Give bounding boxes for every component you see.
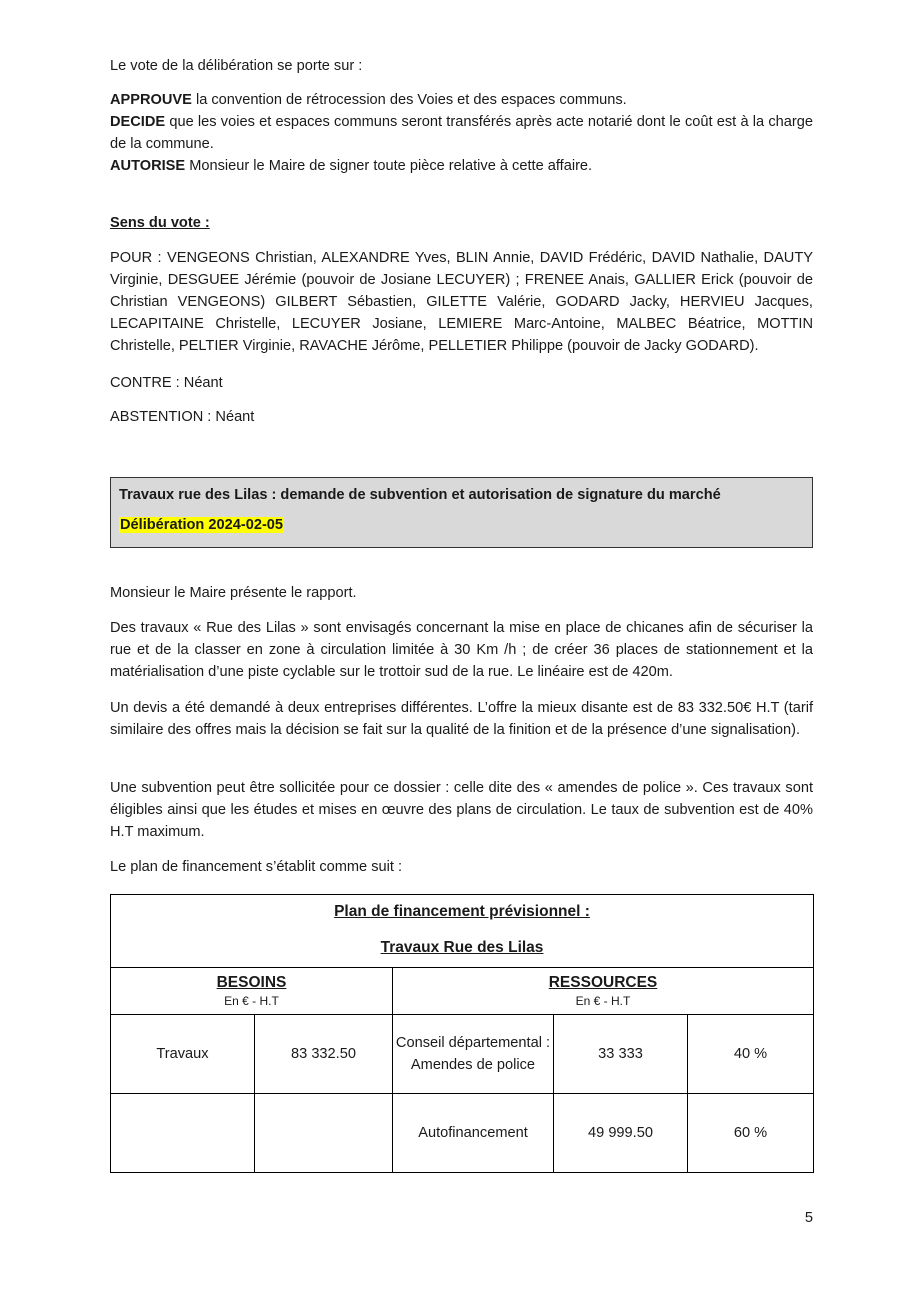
- financing-table: Plan de financement prévisionnel : Trava…: [110, 894, 814, 1173]
- section-title: Travaux rue des Lilas : demande de subve…: [119, 487, 721, 503]
- ressources-unit: En € - H.T: [393, 993, 813, 1009]
- vote-contre: CONTRE : Néant: [110, 372, 813, 394]
- ressource-label: Conseil départemental : Amendes de polic…: [393, 1015, 554, 1094]
- ressource-percent: 40 %: [688, 1015, 814, 1094]
- table-row: Autofinancement 49 999.50 60 %: [111, 1094, 814, 1173]
- table-row: Travaux 83 332.50 Conseil départemental …: [111, 1015, 814, 1094]
- paragraph-plan: Le plan de financement s’établit comme s…: [110, 856, 813, 878]
- ressource-amount: 49 999.50: [554, 1094, 688, 1173]
- table-subtitle: Travaux Rue des Lilas: [111, 937, 813, 959]
- table-title: Plan de financement prévisionnel :: [111, 901, 813, 923]
- decisions-block: APPROUVE la convention de rétrocession d…: [110, 89, 813, 177]
- vote-pour: POUR : VENGEONS Christian, ALEXANDRE Yve…: [110, 247, 813, 357]
- paragraph-subvention: Une subvention peut être sollicitée pour…: [110, 777, 813, 843]
- ressources-header: RESSOURCES: [393, 973, 813, 993]
- besoins-header-cell: BESOINS En € - H.T: [111, 968, 393, 1015]
- besoin-label: [111, 1094, 255, 1173]
- besoins-header: BESOINS: [111, 973, 392, 993]
- besoin-amount: [255, 1094, 393, 1173]
- besoin-amount: 83 332.50: [255, 1015, 393, 1094]
- paragraph-devis: Un devis a été demandé à deux entreprise…: [110, 697, 813, 741]
- besoins-unit: En € - H.T: [111, 993, 392, 1009]
- ressource-amount: 33 333: [554, 1015, 688, 1094]
- ressource-percent: 60 %: [688, 1094, 814, 1173]
- vote-heading: Sens du vote :: [110, 212, 813, 234]
- paragraph-rapport: Monsieur le Maire présente le rapport.: [110, 582, 813, 604]
- besoin-label: Travaux: [111, 1015, 255, 1094]
- section-header-box: Travaux rue des Lilas : demande de subve…: [110, 477, 813, 548]
- vote-abstention: ABSTENTION : Néant: [110, 406, 813, 428]
- ressources-header-cell: RESSOURCES En € - H.T: [393, 968, 814, 1015]
- deliberation-number: Délibération 2024-02-05: [119, 517, 284, 533]
- table-title-cell: Plan de financement prévisionnel : Trava…: [111, 895, 814, 968]
- decision-approuve: APPROUVE la convention de rétrocession d…: [110, 89, 813, 111]
- vote-intro: Le vote de la délibération se porte sur …: [110, 55, 813, 77]
- page-number: 5: [805, 1210, 813, 1226]
- decision-decide: DECIDE que les voies et espaces communs …: [110, 111, 813, 155]
- ressource-label: Autofinancement: [393, 1094, 554, 1173]
- paragraph-travaux: Des travaux « Rue des Lilas » sont envis…: [110, 617, 813, 683]
- decision-autorise: AUTORISE Monsieur le Maire de signer tou…: [110, 155, 813, 177]
